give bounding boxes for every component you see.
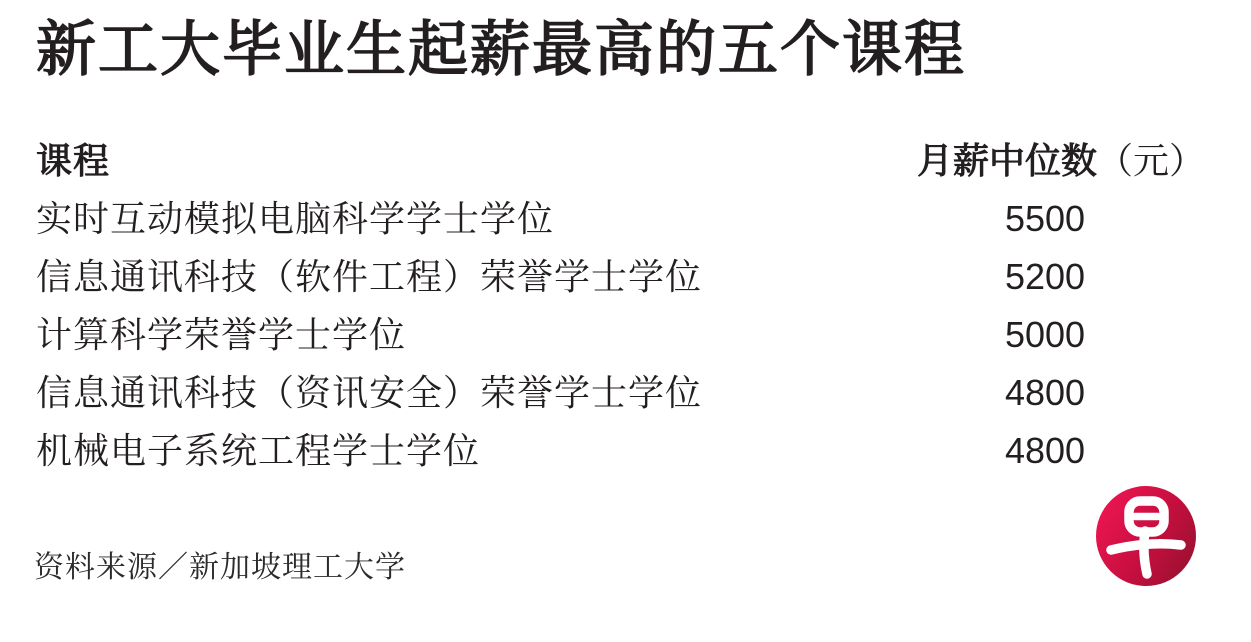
course-name: 信息通讯科技（软件工程）荣誉学士学位 <box>36 248 702 306</box>
salary-value: 4800 <box>885 364 1205 422</box>
salary-value: 5000 <box>885 306 1205 364</box>
table-row: 信息通讯科技（软件工程）荣誉学士学位 5200 <box>36 248 1205 306</box>
course-name: 实时互动模拟电脑科学学士学位 <box>36 190 554 248</box>
table-row: 实时互动模拟电脑科学学士学位 5500 <box>36 190 1205 248</box>
course-column-header: 课程 <box>36 132 110 190</box>
infographic-page: 新工大毕业生起薪最高的五个课程 课程 月薪中位数（元） 实时互动模拟电脑科学学士… <box>0 0 1251 642</box>
salary-table: 课程 月薪中位数（元） 实时互动模拟电脑科学学士学位 5500 信息通讯科技（软… <box>36 132 1205 480</box>
table-row: 机械电子系统工程学士学位 4800 <box>36 422 1205 480</box>
zaobao-logo <box>1096 486 1196 586</box>
table-row: 计算科学荣誉学士学位 5000 <box>36 306 1205 364</box>
course-name: 计算科学荣誉学士学位 <box>36 306 406 364</box>
salary-value: 5200 <box>885 248 1205 306</box>
table-header-row: 课程 月薪中位数（元） <box>36 132 1205 190</box>
zaobao-logo-icon <box>1096 486 1196 586</box>
page-title: 新工大毕业生起薪最高的五个课程 <box>0 0 1251 80</box>
course-name: 信息通讯科技（资讯安全）荣誉学士学位 <box>36 364 702 422</box>
salary-value: 5500 <box>885 190 1205 248</box>
table-body: 实时互动模拟电脑科学学士学位 5500 信息通讯科技（软件工程）荣誉学士学位 5… <box>36 190 1205 480</box>
salary-value: 4800 <box>885 422 1205 480</box>
table-row: 信息通讯科技（资讯安全）荣誉学士学位 4800 <box>36 364 1205 422</box>
source-note: 资料来源／新加坡理工大学 <box>34 550 406 586</box>
course-name: 机械电子系统工程学士学位 <box>36 422 480 480</box>
salary-header-unit: （元） <box>1097 140 1205 181</box>
salary-column-header: 月薪中位数（元） <box>917 132 1205 190</box>
salary-header-main: 月薪中位数 <box>917 140 1097 181</box>
